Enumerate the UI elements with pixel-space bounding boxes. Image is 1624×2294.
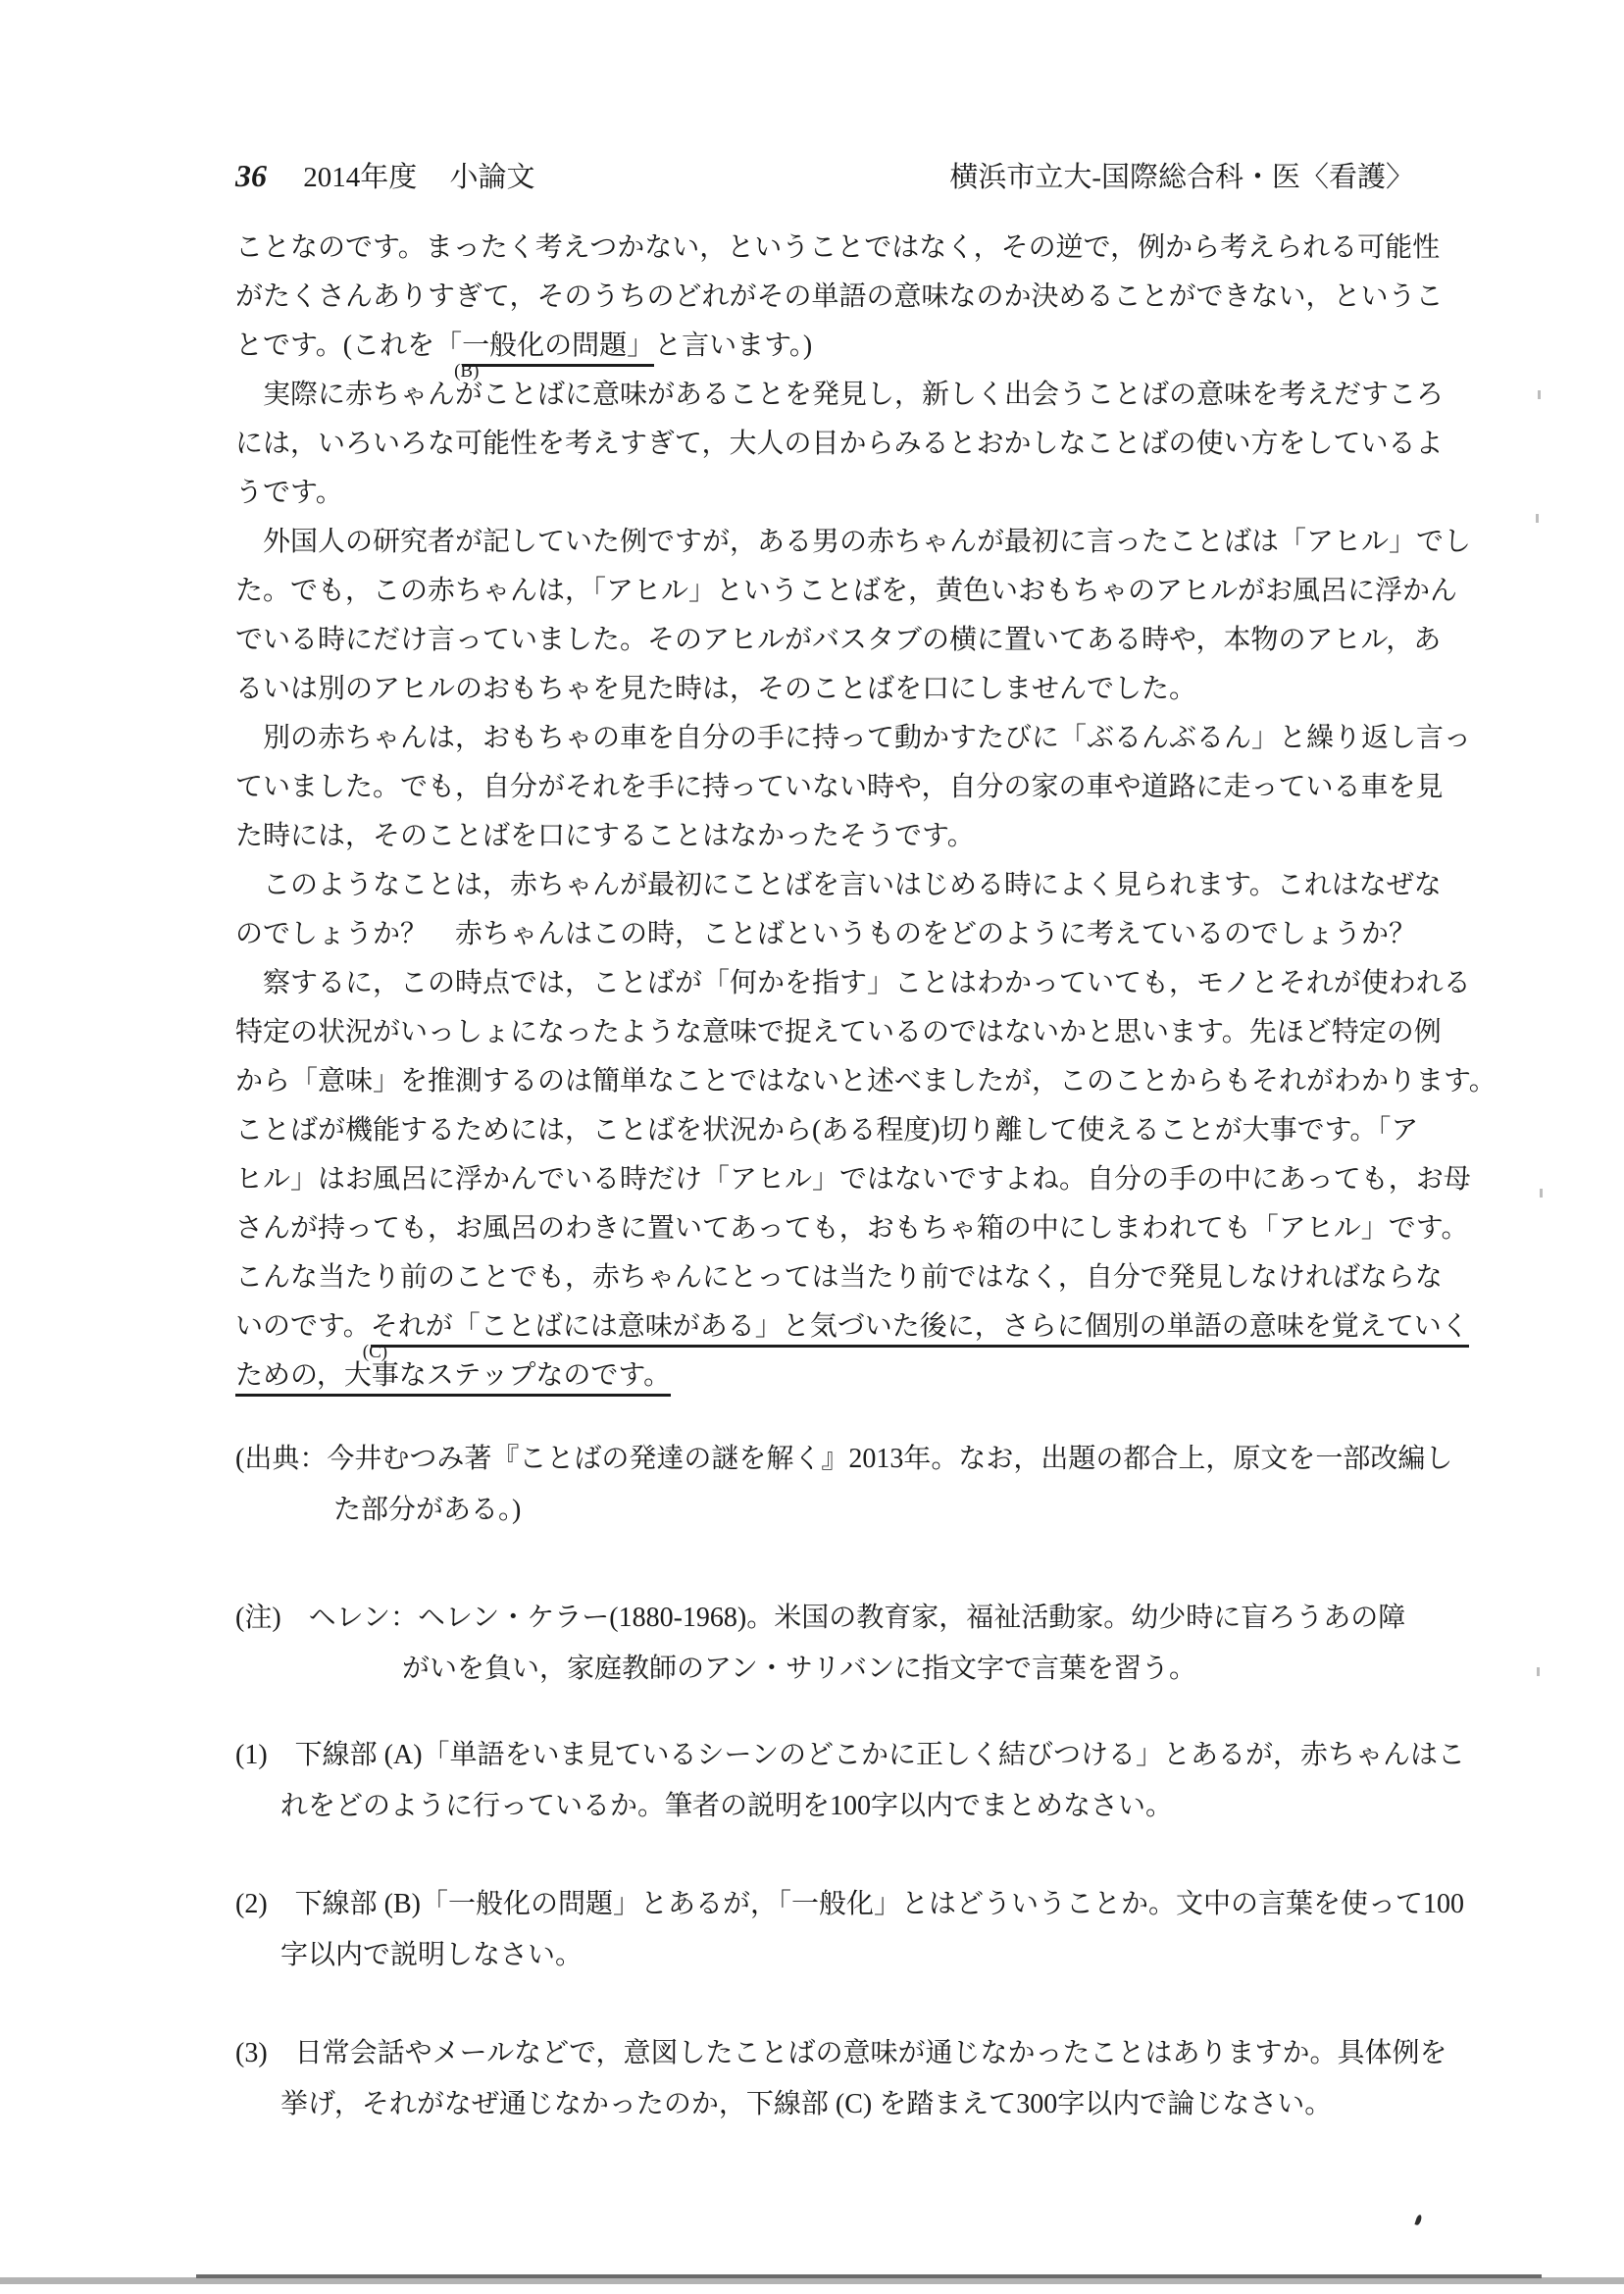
- text-segment: こんな当たり前のことでも，赤ちゃんにとっては当たり前ではなく，自分で発見しなけれ…: [235, 1262, 1443, 1293]
- text-line: 外国人の研究者が記していた例ですが，ある男の赤ちゃんが最初に言ったことばは「アヒ…: [235, 518, 1427, 567]
- text-line: 察するに，この時点では，ことばが「何かを指す」ことはわかっていても，モノとそれが…: [235, 959, 1427, 1008]
- text-segment: (注) ヘレン：ヘレン・ケラー(1880-1968)。米国の教育家，福祉活動家。…: [235, 1603, 1405, 1633]
- text-segment: (出典：今井むつみ著『ことばの発達の謎を解く』2013年。なお，出題の都合上，原…: [235, 1444, 1452, 1474]
- school-label: 横浜市立大-国際総合科・医〈看護〉: [949, 155, 1414, 195]
- source-note: (出典：今井むつみ著『ことばの発達の謎を解く』2013年。なお，出題の都合上，原…: [235, 1434, 1427, 1536]
- text-segment: いのです。: [235, 1311, 371, 1342]
- subject-label: 小論文: [450, 162, 535, 193]
- text-segment: れをどのように行っているか。筆者の説明を100字以内でまとめなさい。: [280, 1791, 1173, 1821]
- text-line: れをどのように行っているか。筆者の説明を100字以内でまとめなさい。: [280, 1781, 1427, 1832]
- text-segment: 特定の状況がいっしょになったような意味で捉えているのではないかと思います。先ほど…: [235, 1017, 1442, 1047]
- text-line: (2) 下線部 (B)「一般化の問題」とあるが，「一般化」とはどういうことか。文…: [235, 1879, 1427, 1930]
- underline-marker: (B): [454, 362, 479, 381]
- text-segment: た時には，そのことばを口にすることはなかったそうです。: [235, 821, 975, 851]
- scan-speck: [1540, 1189, 1543, 1198]
- text-line: 特定の状況がいっしょになったような意味で捉えているのではないかと思います。先ほど…: [235, 1008, 1427, 1057]
- text-line: このようなことは，赤ちゃんが最初にことばを言いはじめる時によく見られます。これは…: [235, 861, 1427, 910]
- underlined-text: 一般化の問題」(B): [462, 331, 654, 367]
- text-segment: ていました。でも，自分がそれを手に持っていない時や，自分の家の車や道路に走ってい…: [235, 772, 1443, 802]
- scan-edge-line: [196, 2274, 1542, 2278]
- text-line: ことばが機能するためには，ことばを状況から(ある程度)切り離して使えることが大事…: [235, 1106, 1427, 1155]
- text-segment: さんが持っても，お風呂のわきに置いてあっても，おもちゃ箱の中にしまわれても「アヒ…: [235, 1213, 1469, 1244]
- question-3: (3) 日常会話やメールなどで，意図したことばの意味が通じなかったことはあります…: [235, 2028, 1427, 2130]
- text-line: ための，大事なステップなのです。: [235, 1351, 1427, 1401]
- text-segment: 挙げ，それがなぜ通じなかったのか，下線部 (C) を踏まえて300字以内で論じな…: [280, 2089, 1332, 2119]
- text-line: ヒル」はお風呂に浮かんでいる時だけ「アヒル」ではないですよね。自分の手の中にあっ…: [235, 1155, 1427, 1204]
- text-line: た。でも，この赤ちゃんは，「アヒル」ということばを，黄色いおもちゃのアヒルがお風…: [235, 567, 1427, 616]
- question-2: (2) 下線部 (B)「一般化の問題」とあるが，「一般化」とはどういうことか。文…: [235, 1879, 1427, 1981]
- text-line: のでしょうか？ 赤ちゃんはこの時，ことばというものをどのように考えているのでしょ…: [235, 910, 1427, 959]
- text-segment: うです。: [235, 478, 343, 508]
- text-segment: ことばが機能するためには，ことばを状況から(ある程度)切り離して使えることが大事…: [235, 1115, 1418, 1146]
- text-line: た部分がある。): [333, 1485, 1427, 1536]
- text-line: うです。: [235, 469, 1427, 518]
- text-segment: 字以内で説明しなさい。: [280, 1940, 583, 1970]
- underlined-text: それが「ことばには意味がある」と気づいた後に，さらに個別の単語の意味を覚えていく…: [371, 1311, 1469, 1348]
- text-line: がたくさんありすぎて，そのうちのどれがその単語の意味なのか決めることができない，…: [235, 273, 1427, 322]
- text-line: がいを負い，家庭教師のアン・サリバンに指文字で言葉を習う。: [402, 1644, 1427, 1695]
- passage-text: ことなのです。まったく考えつかない，ということではなく，その逆で，例から考えられ…: [235, 224, 1427, 1401]
- text-segment: 外国人の研究者が記していた例ですが，ある男の赤ちゃんが最初に言ったことばは「アヒ…: [263, 527, 1471, 557]
- text-segment: た部分がある。): [333, 1495, 521, 1525]
- text-segment: ヒル」はお風呂に浮かんでいる時だけ「アヒル」ではないですよね。自分の手の中にあっ…: [235, 1164, 1471, 1195]
- text-line: でいる時にだけ言っていました。そのアヒルがバスタブの横に置いてある時や，本物のア…: [235, 616, 1427, 665]
- text-segment: (2) 下線部 (B)「一般化の問題」とあるが，「一般化」とはどういうことか。文…: [235, 1889, 1464, 1919]
- glossary-note: (注) ヘレン：ヘレン・ケラー(1880-1968)。米国の教育家，福祉活動家。…: [235, 1593, 1427, 1695]
- text-segment: から「意味」を推測するのは簡単なことではないと述べましたが，このことからもそれが…: [235, 1066, 1497, 1096]
- text-segment: のでしょうか？ 赤ちゃんはこの時，ことばというものをどのように考えているのでしょ…: [235, 919, 1416, 949]
- text-line: (注) ヘレン：ヘレン・ケラー(1880-1968)。米国の教育家，福祉活動家。…: [235, 1593, 1427, 1644]
- text-segment: た。でも，この赤ちゃんは，「アヒル」ということばを，黄色いおもちゃのアヒルがお風…: [235, 576, 1457, 606]
- underline-marker: (C): [363, 1343, 387, 1361]
- text-line: 実際に赤ちゃんがことばに意味があることを発見し，新しく出会うことばの意味を考えだ…: [235, 371, 1427, 420]
- text-segment: ことなのです。まったく考えつかない，ということではなく，その逆で，例から考えられ…: [235, 232, 1440, 263]
- text-segment: とです。(これを「: [235, 331, 462, 361]
- text-segment: がいを負い，家庭教師のアン・サリバンに指文字で言葉を習う。: [402, 1654, 1196, 1684]
- text-segment: (3) 日常会話やメールなどで，意図したことばの意味が通じなかったことはあります…: [235, 2038, 1447, 2068]
- text-segment: がたくさんありすぎて，そのうちのどれがその単語の意味なのか決めることができない，…: [235, 281, 1443, 312]
- question-1: (1) 下線部 (A)「単語をいま見ているシーンのどこかに正しく結びつける」とあ…: [235, 1730, 1427, 1832]
- text-line: とです。(これを「一般化の問題」(B)と言います。): [235, 322, 1427, 371]
- text-line: (1) 下線部 (A)「単語をいま見ているシーンのどこかに正しく結びつける」とあ…: [235, 1730, 1427, 1781]
- text-line: るいは別のアヒルのおもちゃを見た時は，そのことばを口にしませんでした。: [235, 665, 1427, 714]
- text-line: 字以内で説明しなさい。: [280, 1930, 1427, 1981]
- text-segment: (1) 下線部 (A)「単語をいま見ているシーンのどこかに正しく結びつける」とあ…: [235, 1740, 1465, 1770]
- text-line: から「意味」を推測するのは簡単なことではないと述べましたが，このことからもそれが…: [235, 1057, 1427, 1106]
- scan-edge-artifact: [0, 2277, 1624, 2284]
- text-segment: 別の赤ちゃんは，おもちゃの車を自分の手に持って動かすたびに「ぶるんぶるん」と繰り…: [263, 723, 1471, 753]
- header-left: 36 2014年度 小論文: [235, 155, 535, 195]
- text-line: こんな当たり前のことでも，赤ちゃんにとっては当たり前ではなく，自分で発見しなけれ…: [235, 1253, 1427, 1302]
- scan-speck: [1536, 514, 1539, 523]
- text-segment: と言います。): [654, 331, 812, 361]
- exam-page: 36 2014年度 小論文 横浜市立大-国際総合科・医〈看護〉 ことなのです。ま…: [0, 0, 1624, 2294]
- underlined-text: ための，大事なステップなのです。: [235, 1360, 671, 1397]
- text-line: (出典：今井むつみ著『ことばの発達の謎を解く』2013年。なお，出題の都合上，原…: [235, 1434, 1427, 1485]
- edition-label: 2014年度: [303, 162, 417, 193]
- text-line: ことなのです。まったく考えつかない，ということではなく，その逆で，例から考えられ…: [235, 224, 1427, 273]
- text-segment: るいは別のアヒルのおもちゃを見た時は，そのことばを口にしませんでした。: [235, 674, 1196, 704]
- page-header: 36 2014年度 小論文 横浜市立大-国際総合科・医〈看護〉: [235, 155, 1414, 195]
- text-line: (3) 日常会話やメールなどで，意図したことばの意味が通じなかったことはあります…: [235, 2028, 1427, 2079]
- scan-speck: [1537, 1667, 1540, 1676]
- text-line: 挙げ，それがなぜ通じなかったのか，下線部 (C) を踏まえて300字以内で論じな…: [280, 2079, 1427, 2130]
- scan-speck: [1538, 390, 1541, 399]
- text-line: さんが持っても，お風呂のわきに置いてあっても，おもちゃ箱の中にしまわれても「アヒ…: [235, 1204, 1427, 1253]
- text-line: た時には，そのことばを口にすることはなかったそうです。: [235, 812, 1427, 861]
- text-segment: には，いろいろな可能性を考えすぎて，大人の目からみるとおかしなことばの使い方をし…: [235, 429, 1443, 459]
- text-segment: でいる時にだけ言っていました。そのアヒルがバスタブの横に置いてある時や，本物のア…: [235, 625, 1441, 655]
- page-number: 36: [235, 158, 267, 193]
- text-line: 別の赤ちゃんは，おもちゃの車を自分の手に持って動かすたびに「ぶるんぶるん」と繰り…: [235, 714, 1427, 763]
- ink-speck: [1414, 2214, 1422, 2225]
- text-segment: このようなことは，赤ちゃんが最初にことばを言いはじめる時によく見られます。これは…: [263, 870, 1442, 900]
- text-line: には，いろいろな可能性を考えすぎて，大人の目からみるとおかしなことばの使い方をし…: [235, 420, 1427, 469]
- text-line: ていました。でも，自分がそれを手に持っていない時や，自分の家の車や道路に走ってい…: [235, 763, 1427, 812]
- text-line: いのです。それが「ことばには意味がある」と気づいた後に，さらに個別の単語の意味を…: [235, 1302, 1427, 1351]
- text-segment: 実際に赤ちゃんがことばに意味があることを発見し，新しく出会うことばの意味を考えだ…: [263, 380, 1444, 410]
- text-segment: 察するに，この時点では，ことばが「何かを指す」ことはわかっていても，モノとそれが…: [263, 968, 1471, 998]
